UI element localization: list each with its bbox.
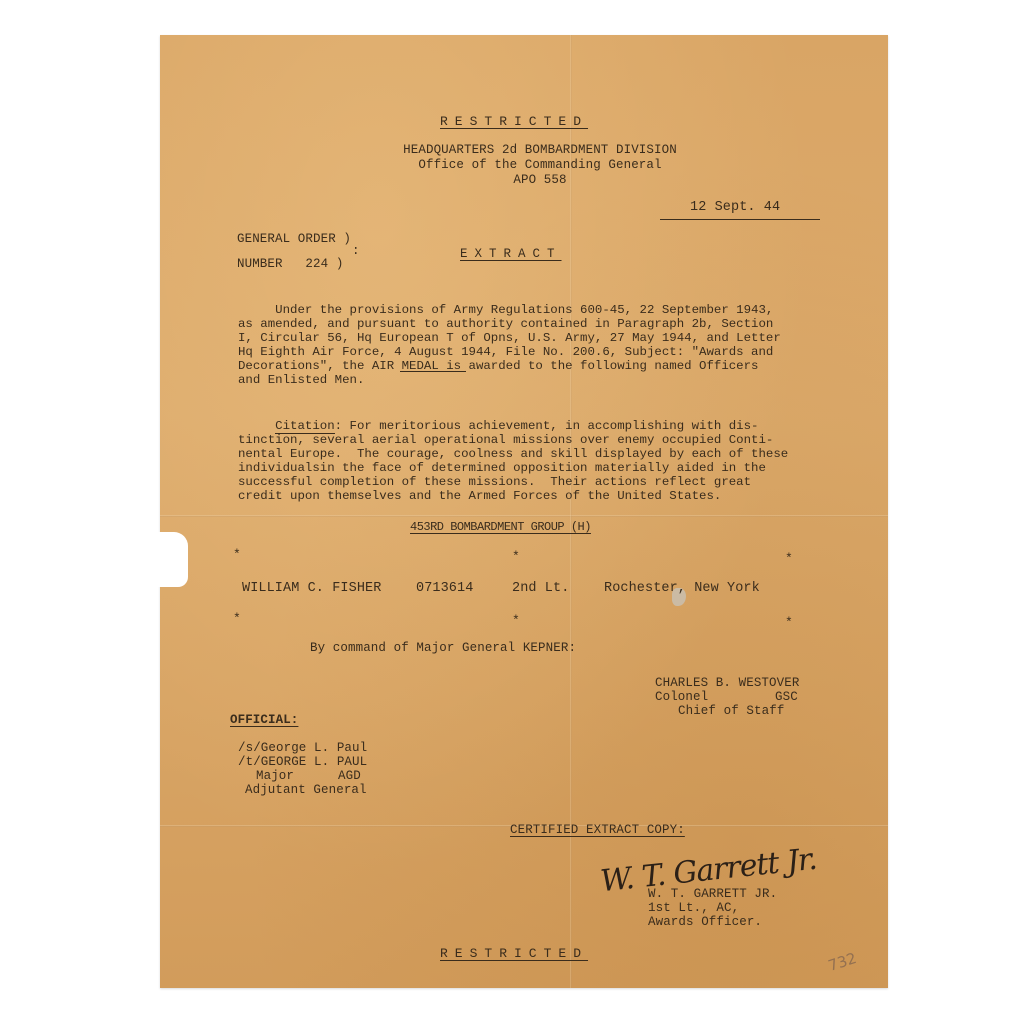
separator-star: *	[512, 613, 520, 628]
citation-line: Citation: For meritorious achievement, i…	[238, 419, 759, 433]
recipient-rank: 2nd Lt.	[512, 582, 569, 597]
classification-bottom: RESTRICTED	[440, 947, 588, 962]
official-typed: /t/GEORGE L. PAUL	[238, 755, 367, 770]
paragraph-line: Under the provisions of Army Regulations…	[238, 303, 773, 317]
classification-top: RESTRICTED	[440, 115, 588, 130]
document-page: RESTRICTED HEADQUARTERS 2d BOMBARDMENT D…	[160, 35, 888, 988]
separator-star: *	[233, 547, 241, 562]
certifier-name: W. T. GARRETT JR.	[648, 887, 777, 902]
separator-star: *	[233, 611, 241, 626]
recipient-hometown: Rochester, New York	[604, 582, 760, 597]
paper-tear	[158, 532, 188, 587]
paragraph-line: as amended, and pursuant to authority co…	[238, 317, 773, 331]
separator-star: *	[512, 549, 520, 564]
paragraph-line: Hq Eighth Air Force, 4 August 1944, File…	[238, 345, 773, 359]
certifier-rank: 1st Lt., AC,	[648, 901, 739, 916]
certified-label: CERTIFIED EXTRACT COPY:	[510, 823, 685, 838]
citation-line: individualsin the face of determined opp…	[238, 461, 766, 475]
official-label: OFFICIAL:	[230, 713, 298, 728]
chief-of-staff-branch: GSC	[775, 690, 798, 705]
header-line-2: Office of the Commanding General	[340, 158, 740, 173]
order-number: NUMBER 224 )	[237, 257, 343, 272]
official-title: Adjutant General	[245, 783, 367, 798]
pencil-annotation: 732	[826, 949, 859, 975]
chief-of-staff-title: Chief of Staff	[678, 704, 784, 719]
general-order-label: GENERAL ORDER )	[237, 232, 351, 247]
citation-line: tinction, several aerial operational mis…	[238, 433, 773, 447]
citation-line: nental Europe. The courage, coolness and…	[238, 447, 788, 461]
unit-heading: 453RD BOMBARDMENT GROUP (H)	[410, 520, 591, 535]
official-rank: Major	[256, 769, 294, 784]
paragraph-line: I, Circular 56, Hq European T of Opns, U…	[238, 331, 781, 345]
date-underline	[660, 219, 820, 220]
recipient-serial: 0713614	[416, 582, 473, 597]
document-date: 12 Sept. 44	[690, 201, 780, 216]
command-line: By command of Major General KEPNER:	[310, 641, 576, 656]
separator-star: *	[785, 615, 793, 630]
citation-line: successful completion of these missions.…	[238, 475, 751, 489]
official-signed: /s/George L. Paul	[238, 741, 367, 756]
fold-crease	[160, 515, 888, 517]
order-colon: :	[352, 244, 360, 259]
chief-of-staff-name: CHARLES B. WESTOVER	[655, 676, 799, 691]
header-line-3: APO 558	[340, 173, 740, 188]
chief-of-staff-rank: Colonel	[655, 690, 708, 705]
citation-line: credit upon themselves and the Armed For…	[238, 489, 721, 503]
separator-star: *	[785, 551, 793, 566]
header-line-1: HEADQUARTERS 2d BOMBARDMENT DIVISION	[340, 143, 740, 158]
recipient-name: WILLIAM C. FISHER	[242, 582, 381, 597]
official-branch: AGD	[338, 769, 361, 784]
extract-title: EXTRACT	[460, 247, 562, 262]
award-underline	[400, 371, 466, 372]
certifier-title: Awards Officer.	[648, 915, 762, 930]
paragraph-line: and Enlisted Men.	[238, 373, 364, 387]
paragraph-line: Decorations", the AIR MEDAL is awarded t…	[238, 359, 759, 373]
